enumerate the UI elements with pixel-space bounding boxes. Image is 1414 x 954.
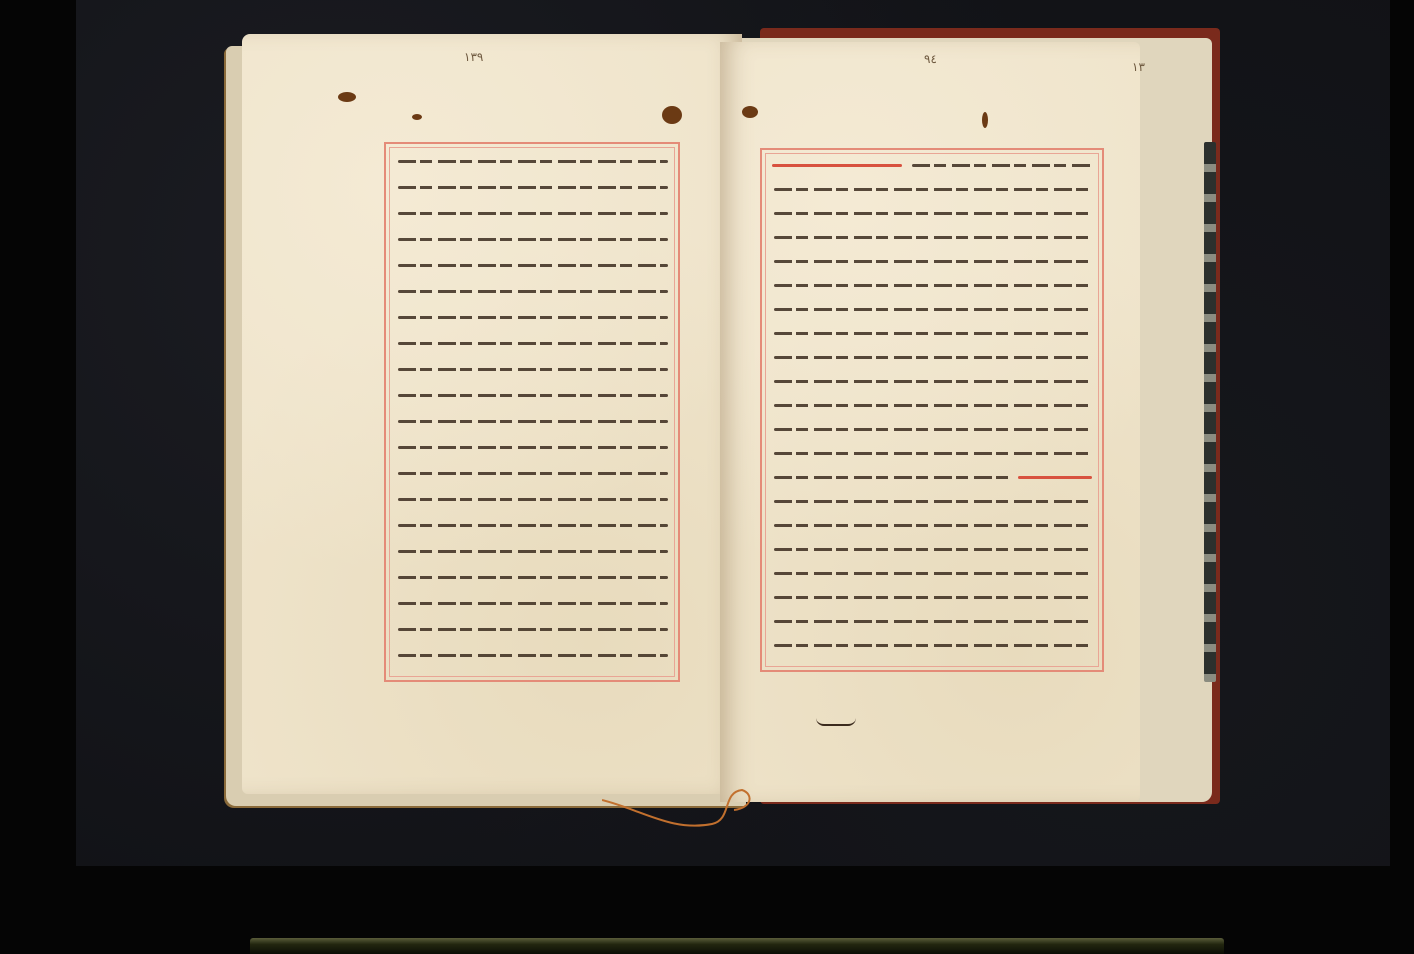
manuscript-book: ١٣٩ ٩٤ ١٣ xyxy=(222,22,1222,812)
ink-stain xyxy=(742,106,758,118)
photo-caption: Open bound manuscript, two facing pages xyxy=(0,0,1,1)
left-text-frame xyxy=(384,142,680,682)
left-page: ١٣٩ xyxy=(242,34,742,794)
ink-stain xyxy=(662,106,682,124)
right-folio-number: ٩٤ xyxy=(924,52,937,66)
fore-edge-marbled xyxy=(1204,142,1216,682)
left-folio-number: ١٣٩ xyxy=(464,50,483,64)
right-page: ٩٤ ١٣ xyxy=(720,42,1140,802)
binding-thread xyxy=(602,780,762,840)
right-text-frame xyxy=(760,148,1104,672)
ink-stain xyxy=(338,92,356,102)
ink-stain xyxy=(412,114,422,120)
outer-folio-number: ١٣ xyxy=(1132,60,1145,74)
rubric-line xyxy=(1018,476,1092,479)
scanner-edge-strip xyxy=(250,938,1224,954)
catchword xyxy=(816,710,856,726)
rubric-line xyxy=(772,164,902,167)
ink-stain xyxy=(982,112,988,128)
